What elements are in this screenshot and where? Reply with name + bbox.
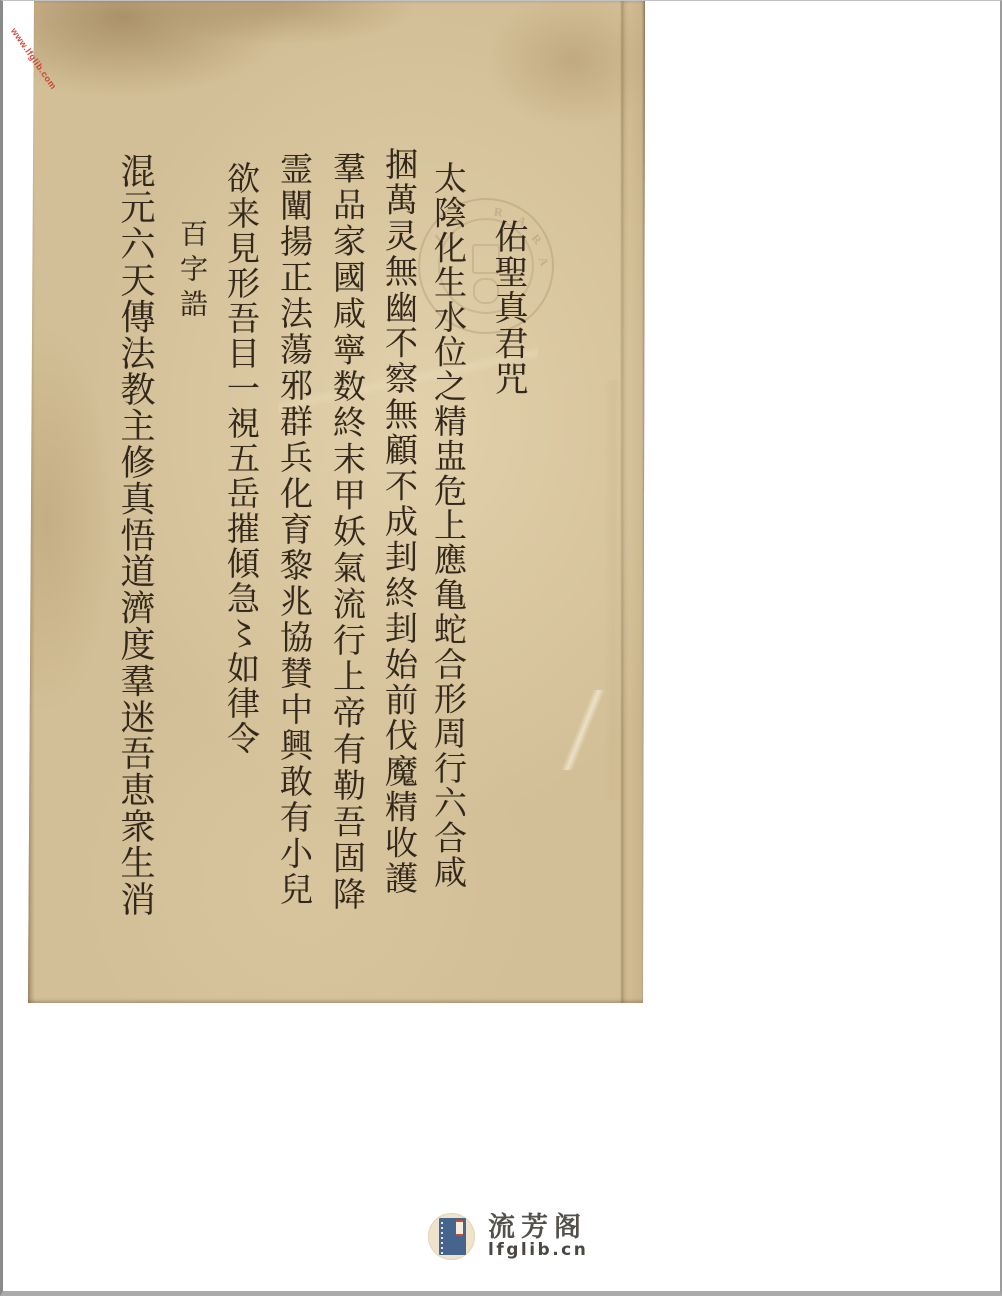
paper-crease: [568, 380, 658, 800]
site-logo: 流芳阁 lfglib.cn: [428, 1213, 588, 1260]
spell-title-column: 佑聖真君咒: [491, 219, 525, 397]
logo-text-block: 流芳阁 lfglib.cn: [488, 1214, 588, 1259]
book-icon: [439, 1218, 466, 1255]
paper-crease: [498, 690, 668, 770]
scan-viewer-canvas: L C R A R A www.lfglib.com 佑聖真君咒 太陰化生水位之…: [0, 0, 1002, 1296]
spell-text-column-4: 霊闡揚正法蕩邪群兵化育黎兆協賛中興敢有小兒: [278, 152, 311, 908]
spell-text-column-3: 羣品家國咸寧数終末甲妖氣流行上帝有勒吾固降: [331, 151, 364, 913]
gao-title-column: 百字誥: [178, 219, 206, 324]
logo-site-name: 流芳阁: [488, 1214, 587, 1242]
logo-site-domain: lfglib.cn: [488, 1242, 588, 1259]
logo-circle: [428, 1213, 475, 1260]
spell-text-column-5: 欲来見形吾目一視五岳摧傾急〻如律令: [225, 161, 258, 756]
gao-text-column-1: 混元六天傳法教主修真悟道濟度羣迷吾恵衆生消: [117, 153, 152, 917]
spell-text-column-2: 捆萬灵無幽不察無顧不成刲終刲始前伐魔精收護: [383, 147, 416, 897]
spell-text-column-1: 太陰化生水位之精盅危上應亀蛇合形周行六合咸: [432, 161, 465, 890]
